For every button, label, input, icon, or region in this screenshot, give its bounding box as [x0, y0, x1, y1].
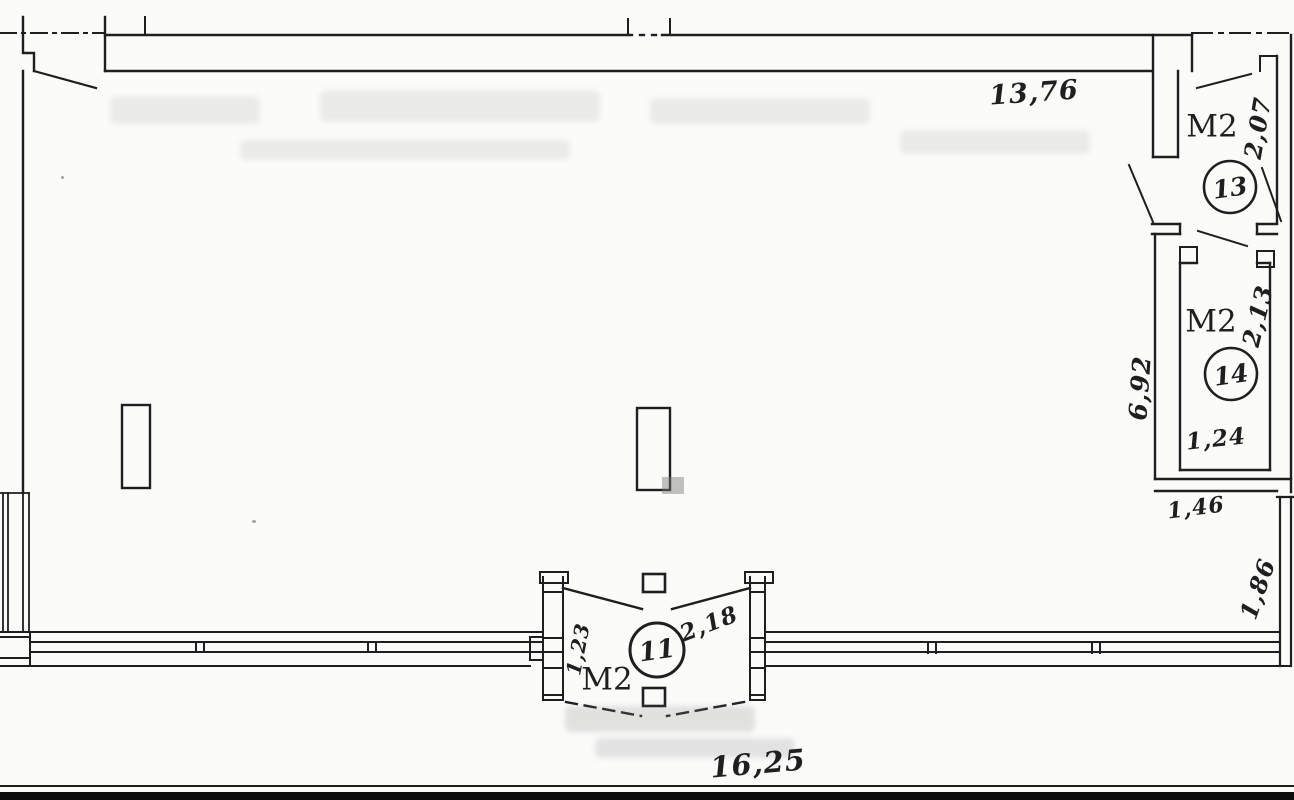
window-band-left: [0, 632, 543, 666]
bay-pier-right: [745, 572, 773, 700]
top-wall: [0, 17, 1294, 71]
dimension-bottom-width: 16,25: [709, 745, 807, 782]
entry-door-swing-top-left: [34, 71, 96, 88]
room-13-area-label: M2: [1186, 112, 1237, 143]
dimension-room14-width: 1,24: [1185, 424, 1247, 453]
window-band-right: [765, 632, 1291, 666]
bay-pier-left: [530, 572, 568, 700]
right-terrace-wall: [1277, 497, 1294, 666]
room-14-area-label: M2: [1185, 307, 1236, 338]
floor-plan-drawing: [0, 0, 1294, 800]
room-13-number: 13: [1211, 173, 1249, 203]
column-left: [122, 405, 150, 488]
room-11-number: 11: [637, 636, 676, 667]
dimension-top-width: 13,76: [988, 76, 1079, 109]
room-11-area-label: M2: [581, 665, 632, 696]
balcony-dashed-edge: [566, 702, 744, 716]
dimension-wall-below-room14: 1,46: [1166, 494, 1226, 523]
column-center: [637, 408, 684, 494]
floor-plan-canvas: 13,76 M2 13 2,07 M2 14 2,13 6,92 1,24 1,…: [0, 0, 1294, 800]
bottom-border-bar: [0, 792, 1294, 800]
room-14-number: 14: [1212, 360, 1250, 390]
left-window: [0, 493, 29, 632]
dimension-left-height: 6,92: [1125, 355, 1154, 421]
